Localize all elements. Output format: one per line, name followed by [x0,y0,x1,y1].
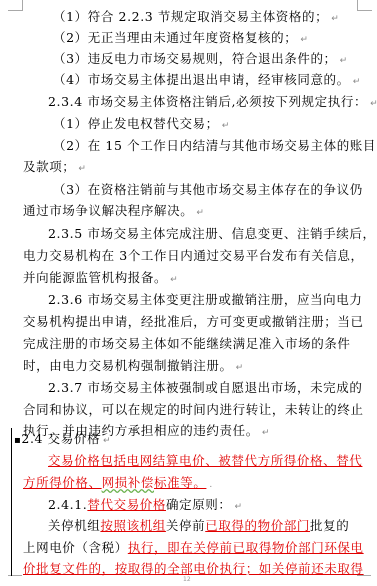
list-item: （1）停止发电权替代交易；↵ [53,114,377,134]
clause-paragraph-line: 交易机构提出申请，经批准后，方可变更或撤销注册；当已 [23,312,359,332]
clause-paragraph-line: 电力交易机构在 3个工作日内通过交易平台发布有关信息， [23,246,359,266]
clause-paragraph: 2.3.7 市场交易主体被强制或自愿退出市场，未完成的 [48,378,377,398]
revision-inserted-text: 方所得价格、网损补偿标准等。. [23,473,359,493]
body-paragraph-line: 上网电价（含税）执行，即在关停前已取得物价部门环保电 [23,538,359,558]
list-item-continuation: 通过市场争议解决程序解决。↵ [23,201,359,221]
list-item: （2）在 15 个工作日内结清与其他市场交易主体的账目 [53,136,377,156]
list-item: （2）无正当理由未通过年度资格复核的；↵ [53,28,377,48]
revision-inserted-text: 交易价格包括电网结算电价、被替代方所得价格、替代 [48,451,377,471]
grammar-flag: 网损补偿 [102,475,154,490]
list-item: （1）符合 2.2.3 节规定取消交易主体资格的；↵ [53,7,377,27]
clause-heading: 2.3.4 市场交易主体资格注销后,必须按下列规定执行：↵ [48,92,377,112]
clause-paragraph: 2.3.5 市场交易主体完成注册、信息变更、注销手续后， [48,224,377,244]
subsection-heading: 2.4.1.替代交易价格确定原则：↵ [48,495,377,515]
list-item: （4）市场交易主体提出退出申请，经审核同意的。↵ [53,70,377,90]
list-item: （3）在资格注销前与其他市场交易主体存在的争议仍 [53,180,377,200]
page-number: 12 [183,576,191,583]
body-paragraph-line: 价批复文件的，按取得的全部电价执行；如关停前还未取得 [23,559,359,579]
corner-mark-top-left [8,0,23,11]
list-item: （3）违反电力市场交易规则，符合退出条件的；↵ [53,49,377,69]
document-page: （1）符合 2.2.3 节规定取消交易主体资格的；↵ （2）无正当理由未通过年度… [0,0,377,586]
clause-paragraph: 2.3.6 市场交易主体变更注册或撤销注册，应当向电力 [48,290,377,310]
clause-paragraph-line: 合同和协议，可以在规定的时间内进行转让，未转让的终止 [23,400,359,420]
section-heading: ▪2.4 交易价格↵ [14,429,350,449]
list-item-continuation: 及款项；↵ [23,157,359,177]
clause-paragraph-line: 时，由电力交易机构强制撤销注册。↵ [23,356,359,376]
revision-change-bar [11,428,12,576]
clause-paragraph-line: 并向能源监管机构报备。↵ [23,268,359,288]
body-paragraph: 关停机组按照该机组关停前已取得的物价部门批复的 [48,516,377,536]
clause-paragraph-line: 完成注册的市场交易主体如不能继续满足准入市场的条件 [23,334,359,354]
